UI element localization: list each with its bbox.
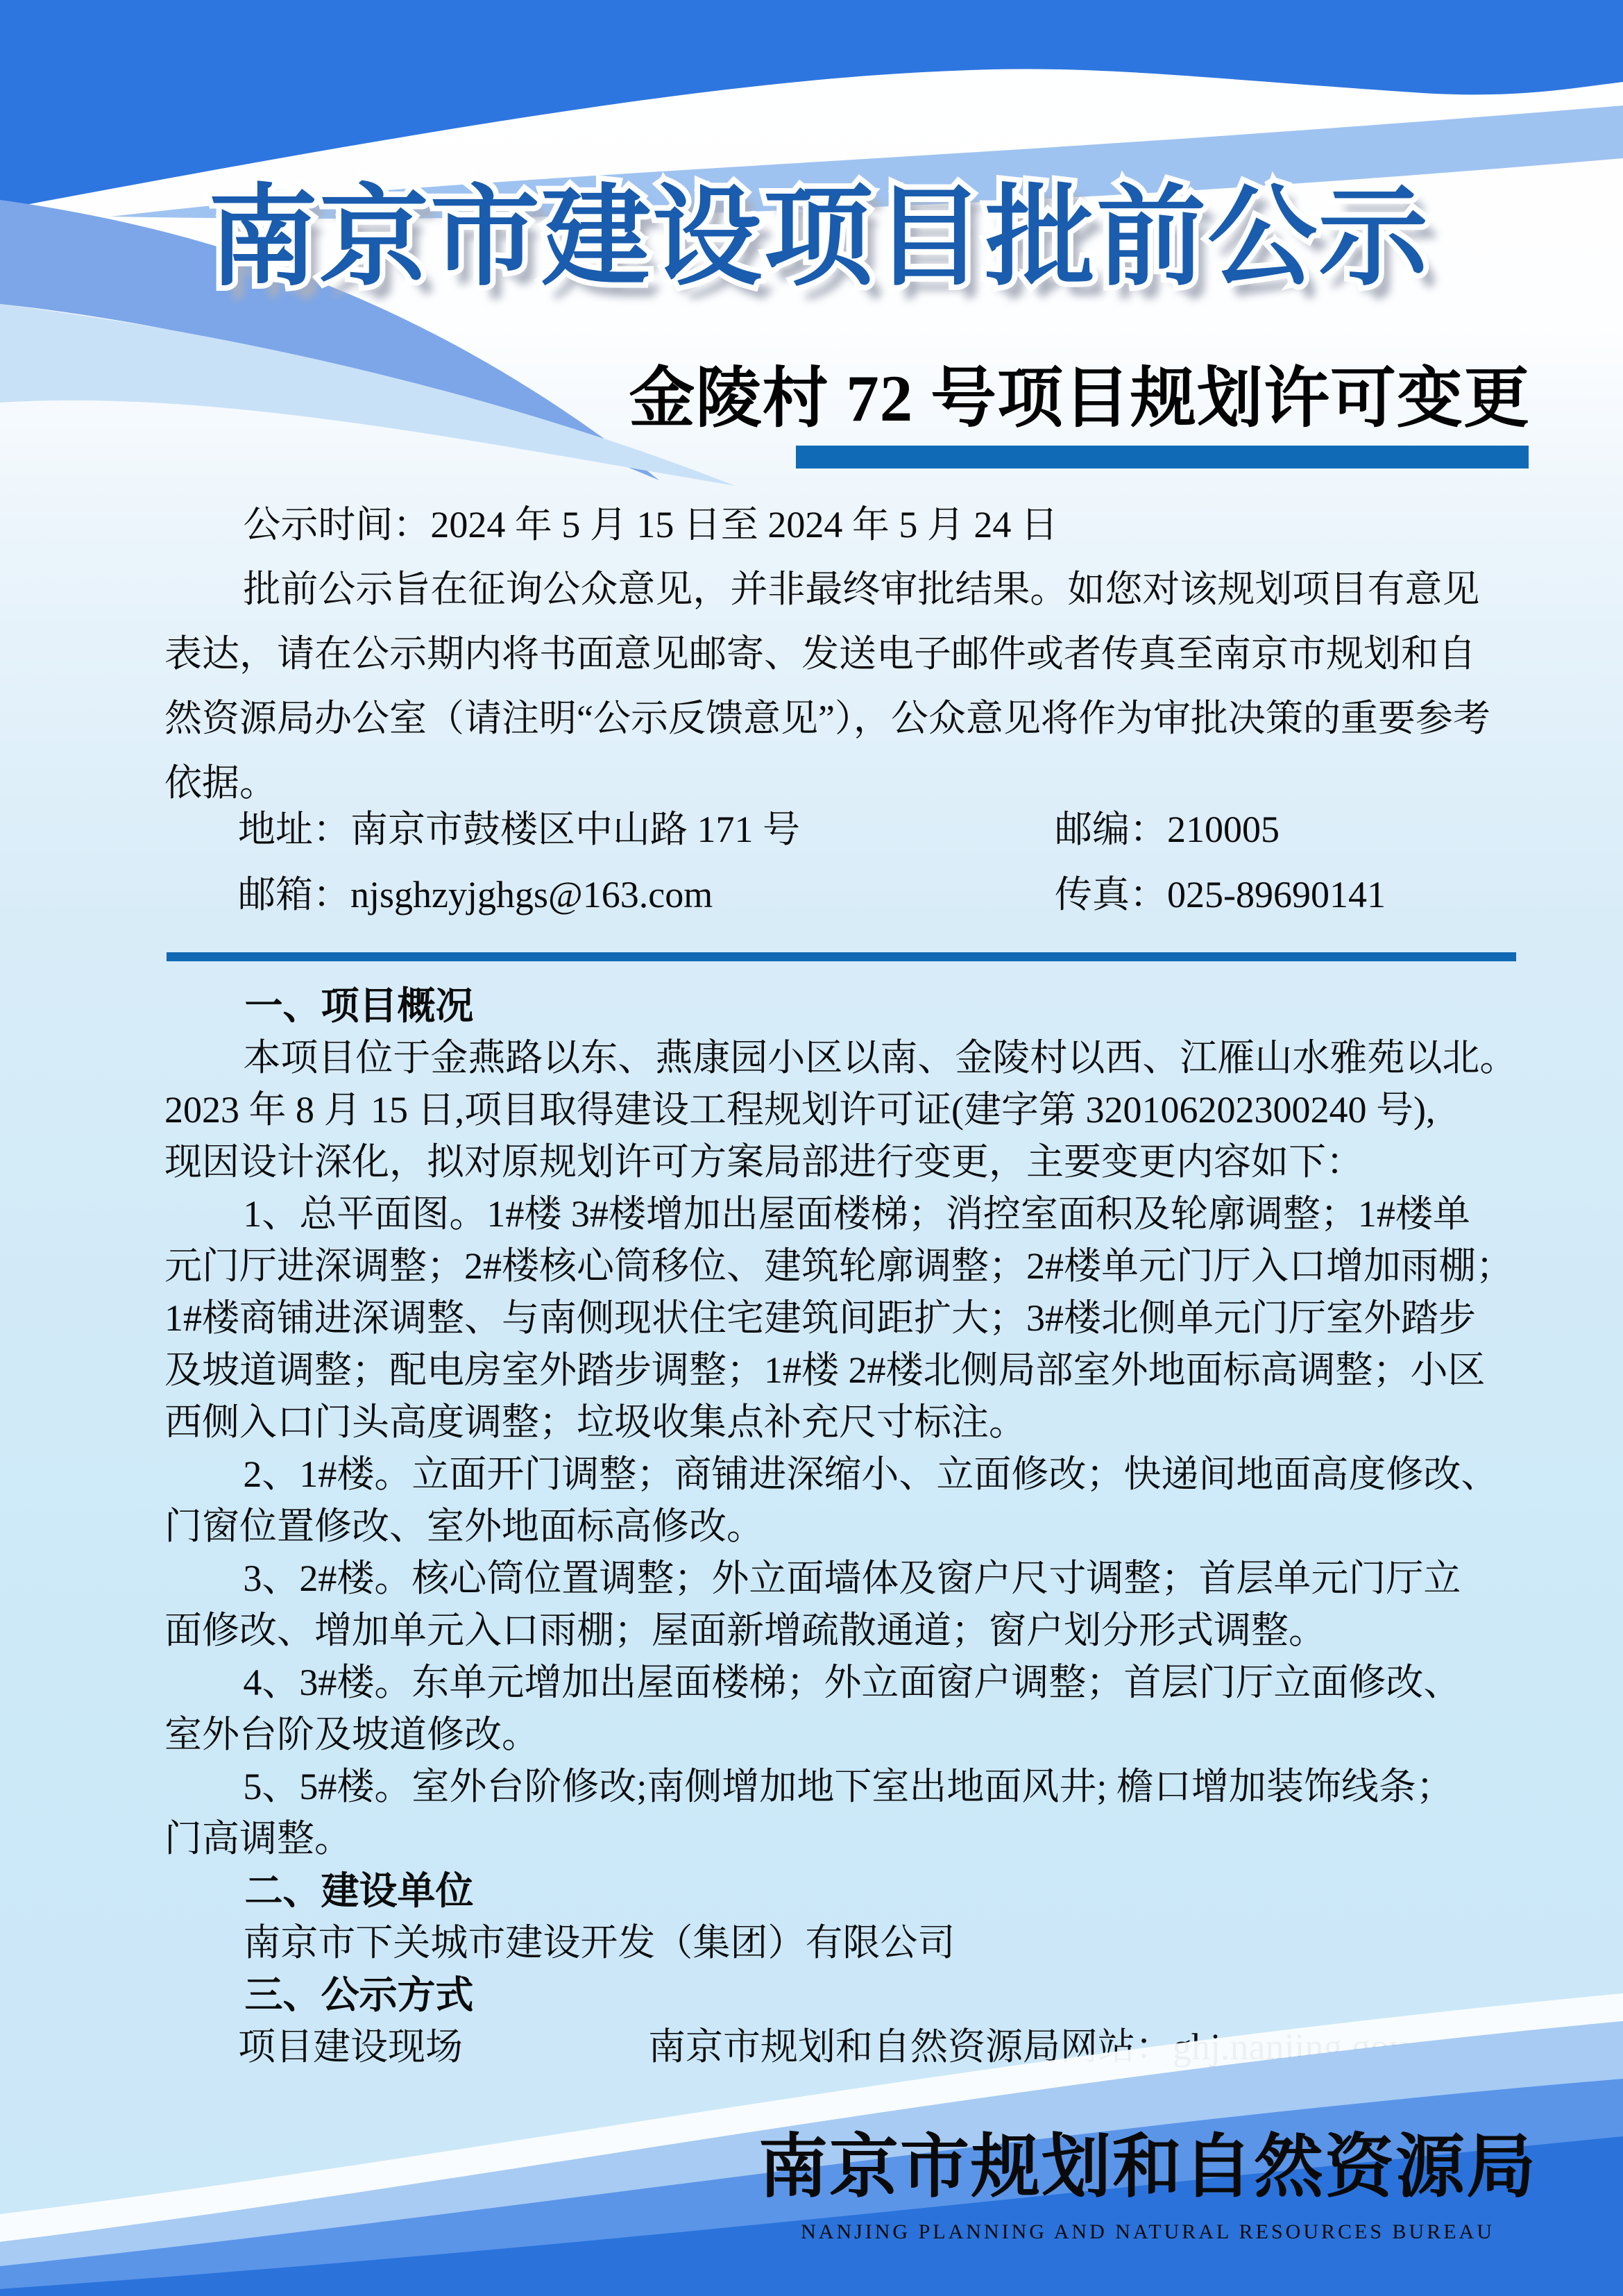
body-line: 元门厅进深调整；2#楼核心筒移位、建筑轮廓调整；2#楼单元门厅入口增加雨棚； <box>164 1240 1469 1292</box>
notice-line: 然资源局办公室（请注明“公示反馈意见”），公众意见将作为审批决策的重要参考 <box>164 686 1469 751</box>
developer-name: 南京市下关城市建设开发（集团）有限公司 <box>164 1917 1469 1969</box>
section-divider <box>167 952 1516 961</box>
notice-line: 表达，请在公示期内将书面意见邮寄、发送电子邮件或者传真至南京市规划和自 <box>164 622 1469 686</box>
notice-paragraph: 公示时间：2024 年 5 月 15 日至 2024 年 5 月 24 日 批前… <box>164 493 1469 816</box>
email-text: 邮箱：njsghzyjghgs@163.com <box>238 874 713 915</box>
body-line: 现因设计深化，拟对原规划许可方案局部进行变更，主要变更内容如下： <box>164 1136 1469 1188</box>
body-line: 2、1#楼。立面开门调整；商铺进深缩小、立面修改；快递间地面高度修改、 <box>164 1449 1469 1501</box>
body-line: 本项目位于金燕路以东、燕康园小区以南、金陵村以西、江雁山水雅苑以北。 <box>164 1032 1469 1084</box>
body-line: 门高调整。 <box>164 1813 1469 1865</box>
bureau-name-cn: 南京市规划和自然资源局 <box>749 2129 1547 2206</box>
subtitle-underline <box>796 446 1529 469</box>
address-text: 地址：南京市鼓楼区中山路 171 号 <box>238 809 800 850</box>
body-line: 1、总平面图。1#楼 3#楼增加出屋面楼梯；消控室面积及轮廓调整；1#楼单 <box>164 1188 1469 1240</box>
page-title: 南京市建设项目批前公示 南京市建设项目批前公示 南京市建设项目批前公示 <box>208 161 1429 321</box>
section-heading-developer: 二、建设单位 <box>164 1865 1469 1917</box>
notice-line: 公示时间：2024 年 5 月 15 日至 2024 年 5 月 24 日 <box>164 493 1469 557</box>
body-line: 面修改、增加单元入口雨棚；屋面新增疏散通道；窗户划分形式调整。 <box>164 1605 1469 1657</box>
subtitle: 金陵村 72 号项目规划许可变更 <box>629 364 1530 440</box>
body-line: 2023 年 8 月 15 日,项目取得建设工程规划许可证(建字第 320106… <box>164 1084 1469 1136</box>
body-line: 4、3#楼。东单元增加出屋面楼梯；外立面窗户调整；首层门厅立面修改、 <box>164 1657 1469 1709</box>
section-heading-overview: 一、项目概况 <box>164 980 1469 1032</box>
body-line: 门窗位置修改、室外地面标高修改。 <box>164 1501 1469 1553</box>
postcode-text: 邮编：210005 <box>1055 800 1280 853</box>
notice-line: 批前公示旨在征询公众意见，并非最终审批结果。如您对该规划项目有意见 <box>164 557 1469 622</box>
body-line: 室外台阶及坡道修改。 <box>164 1709 1469 1761</box>
body-line: 1#楼商铺进深调整、与南侧现状住宅建筑间距扩大；3#楼北侧单元门厅室外踏步 <box>164 1292 1469 1344</box>
notice-page: 南京市建设项目批前公示 南京市建设项目批前公示 南京市建设项目批前公示 金陵村 … <box>0 0 1623 2296</box>
bureau-name-en: NANJING PLANNING AND NATURAL RESOURCES B… <box>749 2218 1547 2246</box>
main-content: 一、项目概况 本项目位于金燕路以东、燕康园小区以南、金陵村以西、江雁山水雅苑以北… <box>164 980 1469 2073</box>
body-line: 西侧入口门头高度调整；垃圾收集点补充尺寸标注。 <box>164 1396 1469 1449</box>
fax-text: 传真：025-89690141 <box>1055 865 1386 918</box>
body-line: 5、5#楼。室外台阶修改;南侧增加地下室出地面风井; 檐口增加装饰线条； <box>164 1761 1469 1813</box>
body-line: 及坡道调整；配电房室外踏步调整；1#楼 2#楼北侧局部室外地面标高调整；小区 <box>164 1344 1469 1396</box>
body-line: 3、2#楼。核心筒位置调整；外立面墙体及窗户尺寸调整；首层单元门厅立 <box>164 1553 1469 1605</box>
contact-row-address: 地址：南京市鼓楼区中山路 171 号 邮编：210005 <box>238 800 1522 848</box>
contact-row-email: 邮箱：njsghzyjghgs@163.com 传真：025-89690141 <box>238 865 1522 913</box>
page-title-text: 南京市建设项目批前公示 <box>208 161 1429 314</box>
